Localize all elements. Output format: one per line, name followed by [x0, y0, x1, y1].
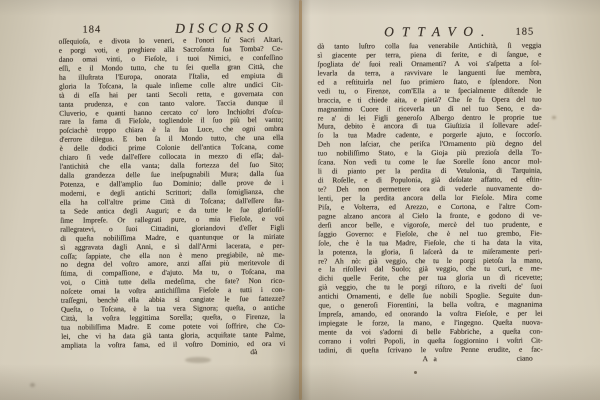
- signature-mark: A a: [423, 355, 439, 364]
- page-left: 184 DISCORSO oſſequioſa, e divota lo ven…: [0, 0, 296, 400]
- page-number-left: 184: [82, 24, 101, 35]
- text-block-left: oſſequioſa, e divota lo veneri, e l'onor…: [59, 36, 286, 351]
- catchword-right: ciano: [517, 354, 533, 363]
- page-number-right: 185: [515, 27, 534, 38]
- page-left-content: 184 DISCORSO oſſequioſa, e divota lo ven…: [0, 0, 298, 400]
- running-title-right: OTTAVO.: [384, 24, 492, 40]
- page-right: OTTAVO. 185 dà tanto luſtro colla ſua ve…: [296, 0, 600, 400]
- catchword-line-left: dà: [61, 348, 285, 359]
- page-right-content: OTTAVO. 185 dà tanto luſtro colla ſua ve…: [295, 0, 600, 400]
- page-right-header: OTTAVO. 185: [317, 24, 541, 43]
- catchword-left: dà: [250, 347, 257, 356]
- open-book-photo: 184 DISCORSO oſſequioſa, e divota lo ven…: [0, 0, 600, 400]
- text-block-right: dà tanto luſtro colla ſua venerabile Ant…: [317, 42, 542, 356]
